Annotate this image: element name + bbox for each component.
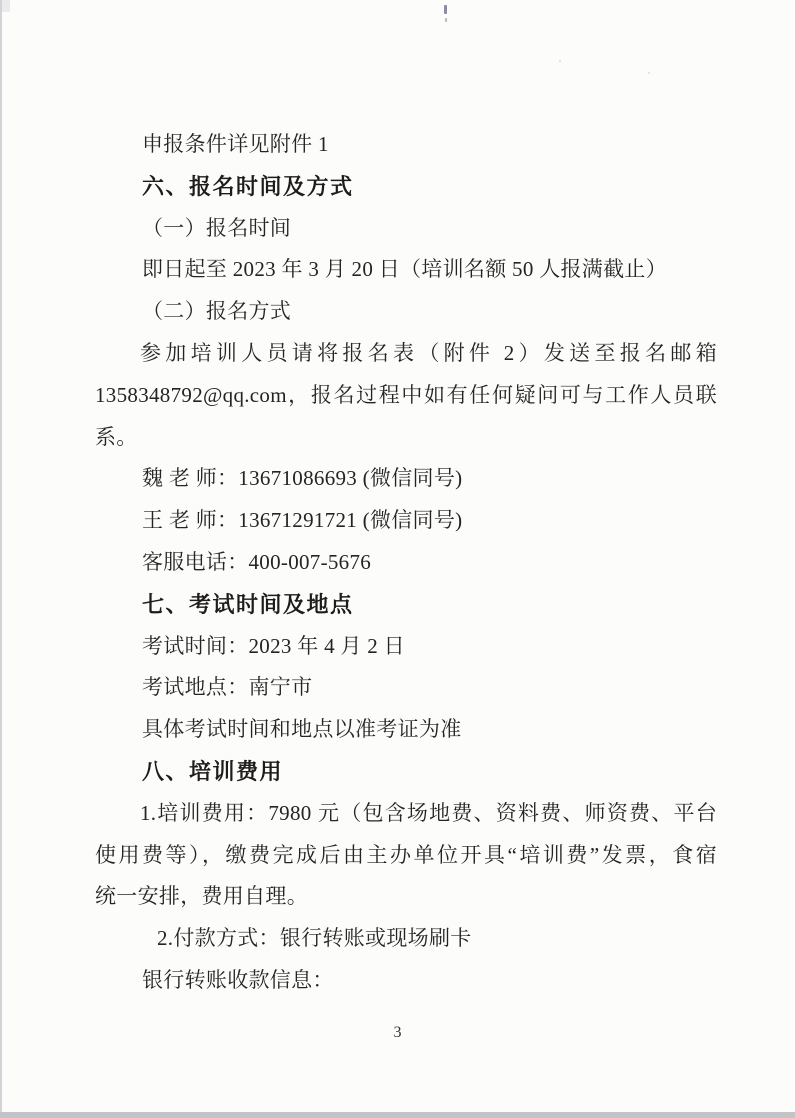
- text-line: 考试时间：2023 年 4 月 2 日: [95, 626, 717, 668]
- page-number: 3: [394, 1024, 402, 1041]
- section-heading: 八、培训费用: [95, 751, 717, 793]
- text-line: 魏 老 师：13671086693 (微信同号): [95, 458, 717, 500]
- text-line: 王 老 师：13671291721 (微信同号): [95, 500, 717, 542]
- text-line: 银行转账收款信息：: [95, 960, 717, 1002]
- text-line: 1.培训费用：7980 元（包含场地费、资料费、师资费、平台: [95, 793, 717, 835]
- scan-speck: [648, 72, 650, 74]
- text-line: 系。: [95, 417, 717, 459]
- text-line: 使用费等），缴费完成后由主办单位开具“培训费”发票，食宿: [95, 835, 717, 877]
- scan-left-edge: [0, 0, 2, 1118]
- scan-speck: [444, 5, 447, 14]
- page-footer: 3: [0, 1024, 795, 1042]
- text-line: （二）报名方式: [95, 291, 717, 333]
- document-body: 申报条件详见附件 1六、报名时间及方式（一）报名时间即日起至 2023 年 3 …: [95, 124, 717, 1002]
- section-heading: 七、考试时间及地点: [95, 584, 717, 626]
- text-line: 具体考试时间和地点以准考证为准: [95, 709, 717, 751]
- text-line: 2.付款方式：银行转账或现场刷卡: [95, 918, 717, 960]
- scanned-document-page: 申报条件详见附件 1六、报名时间及方式（一）报名时间即日起至 2023 年 3 …: [0, 0, 795, 1118]
- scan-speck: [445, 18, 447, 22]
- text-line: 参加培训人员请将报名表（附件 2）发送至报名邮箱: [95, 333, 717, 375]
- scan-speck: [559, 60, 561, 62]
- text-line: 申报条件详见附件 1: [95, 124, 717, 166]
- section-heading: 六、报名时间及方式: [95, 166, 717, 208]
- scan-bottom-edge: [0, 1112, 795, 1118]
- text-line: 考试地点：南宁市: [95, 667, 717, 709]
- text-line: 1358348792@qq.com，报名过程中如有任何疑问可与工作人员联: [95, 375, 717, 417]
- text-line: 客服电话：400-007-5676: [95, 542, 717, 584]
- text-line: （一）报名时间: [95, 208, 717, 250]
- text-line: 统一安排，费用自理。: [95, 876, 717, 918]
- text-line: 即日起至 2023 年 3 月 20 日（培训名额 50 人报满截止）: [95, 249, 717, 291]
